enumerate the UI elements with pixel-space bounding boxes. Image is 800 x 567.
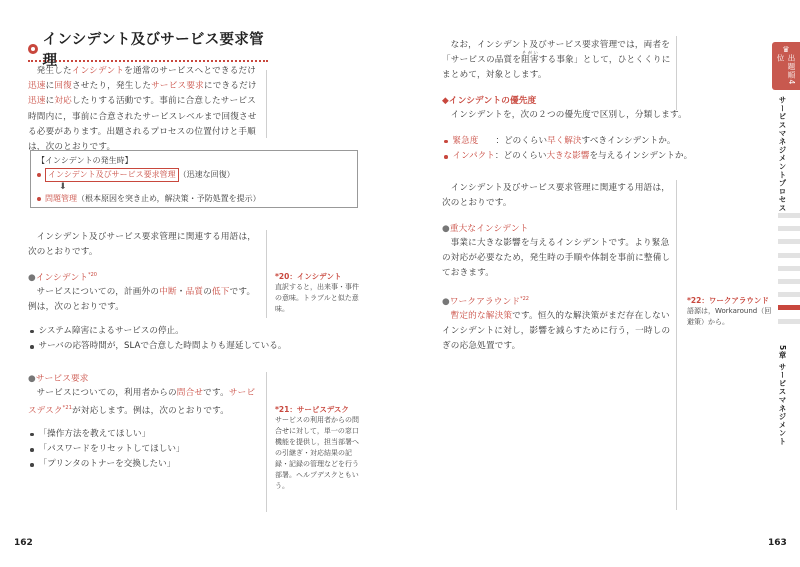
text-span: 発生した	[37, 66, 72, 76]
service-request-examples: 「操作方法を教えてほしい」 「パスワードをリセットしてほしい」 「プリンタのトナ…	[30, 427, 260, 473]
workaround-section: ●ワークアラウンド*22 暫定的な解決策です。恒久的な解決策がまだ存在しないイン…	[442, 292, 674, 355]
chapter-label: サービスマネジメントプロセス	[777, 96, 788, 212]
priority-item-impact: インパクト：どのくらい大きな影響を与えるインシデントか。	[444, 149, 734, 164]
bullet-icon	[37, 197, 41, 201]
side-note-body: サービスの利用者からの問合せに対して，単一の窓口機能を提供し，担当部署への引継ぎ…	[275, 415, 363, 492]
bullet-icon	[37, 173, 41, 177]
left-page: インシデント及びサービス要求管理 発生したインシデントを通常のサービスへとできる…	[0, 0, 400, 567]
incident-examples: システム障害によるサービスの停止。 サーバの応答時間が，SLAで合意した時間より…	[30, 324, 370, 354]
service-request-heading: ●サービス要求	[28, 372, 262, 386]
intro-paragraph: 発生したインシデントを通常のサービスへとできるだけ迅速に回復させたり，発生したサ…	[28, 64, 262, 155]
service-request-text: サービスについての，利用者からの問合せです。サービスデスク*21が対応します。例…	[28, 386, 262, 419]
service-request-section: ●サービス要求 サービスについての，利用者からの問合せです。サービスデスク*21…	[28, 372, 262, 419]
side-note-title: *22：ワークアラウンド	[687, 295, 777, 306]
footnote-ref[interactable]: *22	[520, 296, 529, 302]
text-span: です。	[203, 388, 229, 398]
column-divider	[266, 70, 267, 138]
book-spread: インシデント及びサービス要求管理 発生したインシデントを通常のサービスへとできる…	[0, 0, 800, 567]
column-divider	[676, 180, 677, 510]
section-title: インシデント及びサービス要求管理	[28, 38, 268, 62]
major-incident-text: 事業に大きな影響を与えるインシデントです。より緊急の対応が必要なため，発生時の手…	[442, 236, 674, 282]
major-incident-heading: ●重大なインシデント	[442, 222, 674, 236]
ruby-text: そがい	[521, 50, 539, 55]
chapter-index-bar[interactable]	[778, 213, 800, 218]
chapter-index-bar[interactable]	[778, 253, 800, 258]
flow-item-1-label: インシデント及びサービス要求管理	[45, 168, 179, 183]
text-span: を通常のサービスへとできるだけ	[124, 66, 256, 76]
flow-item-2-label: 問題管理	[45, 193, 77, 206]
text-span: 迅速	[28, 96, 46, 106]
text-span: 回復	[54, 81, 72, 91]
item-label: 緊急度	[453, 134, 479, 149]
workaround-text: 暫定的な解決策です。恒久的な解決策がまだ存在しないインシデントに対し，影響を減ら…	[442, 309, 674, 355]
priority-item-urgency: 緊急度 ：どのくらい早く解決すべきインシデントか。	[444, 134, 734, 149]
flow-box: 【インシデントの発生時】 インシデント及びサービス要求管理 （迅速な回復） ⬇ …	[30, 150, 358, 208]
text-span: インシデント	[72, 66, 124, 76]
item-text: を与えるインシデントか。	[589, 149, 692, 164]
chapter-index-bar[interactable]	[778, 266, 800, 271]
circle-bullet-icon	[28, 44, 38, 54]
item-text: すべきインシデントか。	[581, 134, 675, 149]
footnote-ref[interactable]: *20	[88, 272, 97, 278]
right-page: なお，インシデント及びサービス要求管理では，両者を「サービスの品質を阻害そがいす…	[400, 0, 800, 567]
circle-mark-icon: ●	[442, 224, 450, 234]
ruby-word: 阻害そがい	[521, 55, 539, 65]
flow-box-heading: 【インシデントの発生時】	[37, 155, 351, 168]
flow-item-2: 問題管理 （根本原因を突き止め，解決策・予防処置を提示）	[37, 193, 351, 206]
column-divider	[266, 372, 267, 512]
incident-heading: ●インシデント*20	[28, 268, 262, 285]
list-item: システム障害によるサービスの停止。	[30, 324, 370, 339]
list-item: 「パスワードをリセットしてほしい」	[30, 442, 260, 457]
intro-paragraph: なお，インシデント及びサービス要求管理では，両者を「サービスの品質を阻害そがいす…	[442, 38, 674, 84]
item-label: インパクト	[453, 149, 495, 164]
text-span: サービス要求	[151, 81, 204, 91]
side-note-title: *20：インシデント	[275, 271, 363, 282]
item-text: ：どのくらい	[478, 134, 547, 149]
page-number: 163	[768, 538, 787, 548]
section-label: 5章 サービスマネジメント	[777, 345, 788, 446]
chapter-index-bars	[778, 213, 800, 332]
list-item: 「プリンタのトナーを交換したい」	[30, 457, 260, 472]
page-number: 162	[14, 538, 33, 548]
rank-tab[interactable]: ♛ 出題順4位	[772, 42, 800, 90]
circle-mark-icon: ●	[28, 273, 36, 283]
incident-section: ●インシデント*20 サービスについての，計画外の中断・品質の低下です。例は，次…	[28, 268, 262, 315]
text-span: 迅速	[28, 81, 46, 91]
terms-intro: インシデント及びサービス要求管理に関連する用語は，次のとおりです。	[28, 230, 260, 260]
side-note-22: *22：ワークアラウンド 語源は，Workaround（回避策）から。	[687, 295, 777, 328]
side-note-body: 直訳すると，出来事・事件の意味。トラブルと似た意味。	[275, 282, 363, 315]
crown-icon: ♛	[782, 45, 789, 54]
incident-heading-text: インシデント	[36, 273, 88, 283]
rank-label: 出題順4位	[775, 54, 797, 90]
column-divider	[266, 230, 267, 318]
text-span: させたり，発生した	[72, 81, 151, 91]
diamond-mark-icon: ◆	[442, 96, 449, 106]
priority-heading-text: インシデントの優先度	[449, 96, 537, 106]
ruby-base: 阻害	[521, 55, 539, 65]
priority-heading: ◆インシデントの優先度	[442, 94, 692, 108]
text-span: サービスについての，利用者からの	[37, 388, 177, 398]
list-item: 「操作方法を教えてほしい」	[30, 427, 260, 442]
major-incident-section: ●重大なインシデント 事業に大きな影響を与えるインシデントです。より緊急の対応が…	[442, 222, 674, 282]
chapter-index-bar[interactable]	[778, 239, 800, 244]
flow-item-2-note: （根本原因を突き止め，解決策・予防処置を提示）	[77, 193, 261, 206]
priority-list: 緊急度 ：どのくらい早く解決すべきインシデントか。 インパクト：どのくらい大きな…	[444, 134, 734, 164]
incident-text: サービスについての，計画外の中断・品質の低下です。例は，次のとおりです。	[28, 285, 262, 315]
side-note-body: 語源は，Workaround（回避策）から。	[687, 306, 777, 328]
chapter-index-bar[interactable]	[778, 292, 800, 297]
side-note-21: *21：サービスデスク サービスの利用者からの問合せに対して，単一の窓口機能を提…	[275, 404, 363, 492]
text-highlight: 暫定的な解決策	[451, 311, 513, 321]
circle-mark-icon: ●	[28, 374, 36, 384]
text-span: サービスについての，計画外の	[37, 287, 160, 297]
workaround-heading: ●ワークアラウンド*22	[442, 292, 674, 309]
terms-intro: インシデント及びサービス要求管理に関連する用語は，次のとおりです。	[442, 181, 674, 211]
chapter-index-bar[interactable]	[778, 226, 800, 231]
text-span: 問合せ	[177, 388, 203, 398]
text-span: の	[203, 287, 212, 297]
service-request-heading-text: サービス要求	[36, 374, 89, 384]
text-span: ・	[177, 287, 186, 297]
chapter-index-bar[interactable]	[778, 319, 800, 324]
text-span: にできるだけ	[204, 81, 257, 91]
side-note-20: *20：インシデント 直訳すると，出来事・事件の意味。トラブルと似た意味。	[275, 271, 363, 315]
footnote-ref[interactable]: *21	[63, 405, 72, 411]
major-incident-heading-text: 重大なインシデント	[450, 224, 529, 234]
circle-mark-icon: ●	[442, 297, 450, 307]
flow-item-1: インシデント及びサービス要求管理 （迅速な回復）	[37, 168, 351, 183]
text-span: 対応	[54, 96, 72, 106]
arrow-down-icon: ⬇	[59, 182, 351, 193]
text-span: が対応します。例は，次のとおりです。	[72, 406, 229, 416]
item-highlight: 大きな影響	[546, 149, 589, 164]
item-text: ：どのくらい	[495, 149, 547, 164]
chapter-index-bar[interactable]	[778, 279, 800, 284]
text-span: 中断	[159, 287, 177, 297]
chapter-index-bar[interactable]	[778, 305, 800, 310]
text-span: 品質	[186, 287, 204, 297]
flow-item-1-note: （迅速な回復）	[179, 169, 235, 182]
side-note-title: *21：サービスデスク	[275, 404, 363, 415]
workaround-heading-text: ワークアラウンド	[450, 297, 520, 307]
priority-section: ◆インシデントの優先度 インシデントを，次の２つの優先度で区別し，分類します。	[442, 94, 692, 123]
priority-text: インシデントを，次の２つの優先度で区別し，分類します。	[442, 108, 692, 123]
item-highlight: 早く解決	[547, 134, 581, 149]
list-item: サーバの応答時間が，SLAで合意した時間よりも遅延している。	[30, 339, 370, 354]
text-span: 低下	[212, 287, 230, 297]
